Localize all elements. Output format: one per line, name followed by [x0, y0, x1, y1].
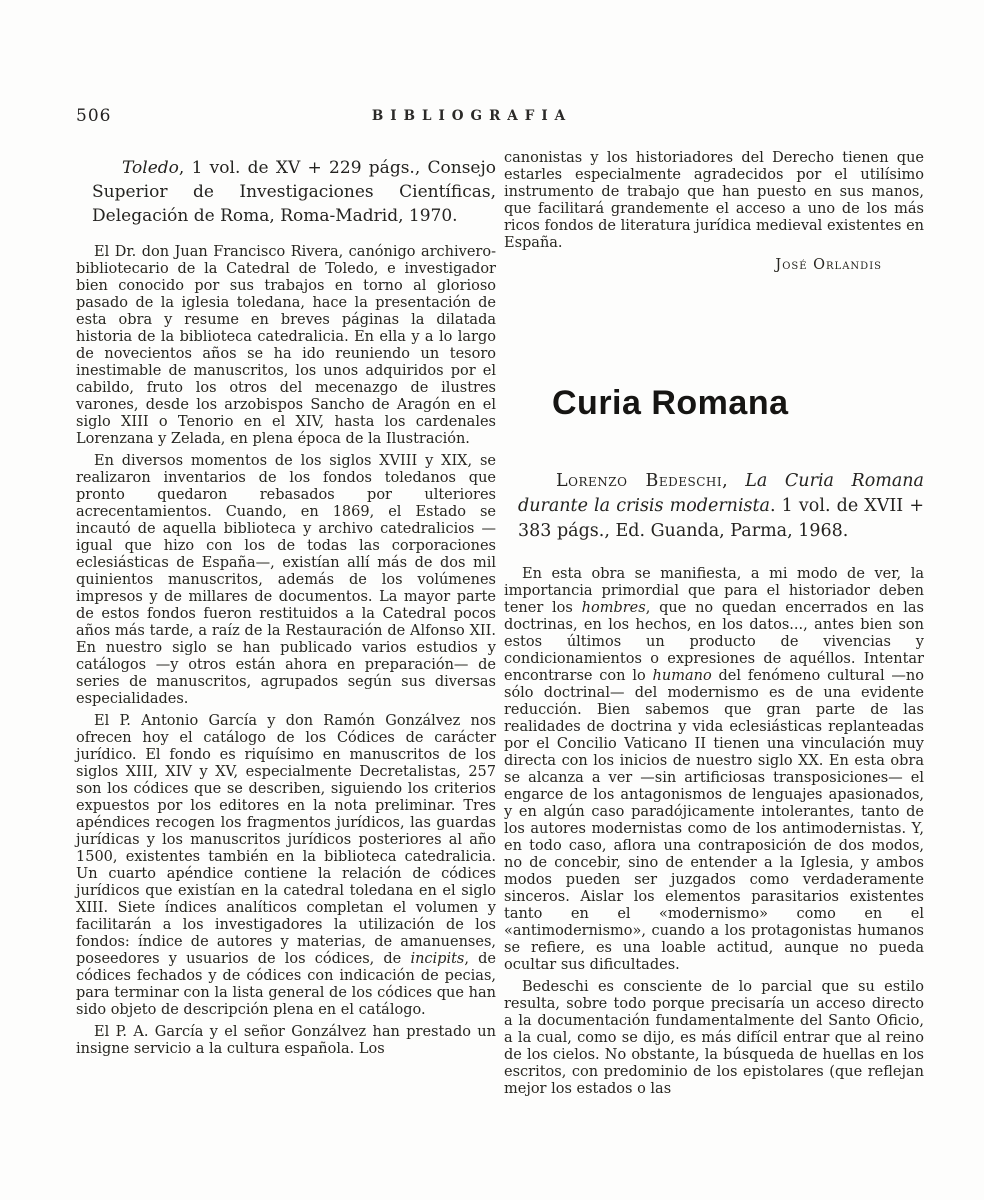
review-signature: José Orlandis — [504, 257, 924, 273]
continuation-paragraph: canonistas y los historiadores del Derec… — [504, 150, 924, 252]
paragraph: En esta obra se manifiesta, a mi modo de… — [504, 566, 924, 974]
citation-toledo: Toledo, 1 vol. de XV + 229 págs., Consej… — [92, 156, 496, 228]
citation-bedeschi-sep: , — [722, 471, 745, 491]
paragraph: El P. A. García y el señor Gonzálvez han… — [76, 1024, 496, 1058]
paragraph: Bedeschi es consciente de lo parcial que… — [504, 979, 924, 1098]
paragraph: El Dr. don Juan Francisco Rivera, canóni… — [76, 244, 496, 448]
paragraph: En diversos momentos de los siglos XVIII… — [76, 453, 496, 708]
left-column: Toledo, 1 vol. de XV + 229 págs., Consej… — [76, 150, 496, 1103]
citation-toledo-title: Toledo — [122, 158, 179, 178]
paragraph: El P. Antonio García y don Ramón Gonzálv… — [76, 713, 496, 1019]
two-column-layout: Toledo, 1 vol. de XV + 229 págs., Consej… — [76, 150, 924, 1103]
scanned-page: 506 BIBLIOGRAFIA Toledo, 1 vol. de XV + … — [0, 0, 984, 1200]
section-heading-curia-romana: Curia Romana — [552, 383, 924, 423]
citation-bedeschi-author: Lorenzo Bedeschi — [556, 471, 722, 491]
citation-bedeschi: Lorenzo Bedeschi, La Curia Romana durant… — [518, 469, 924, 544]
right-column: canonistas y los historiadores del Derec… — [504, 150, 924, 1103]
page-header: 506 BIBLIOGRAFIA — [0, 106, 984, 130]
running-header: BIBLIOGRAFIA — [0, 108, 944, 124]
